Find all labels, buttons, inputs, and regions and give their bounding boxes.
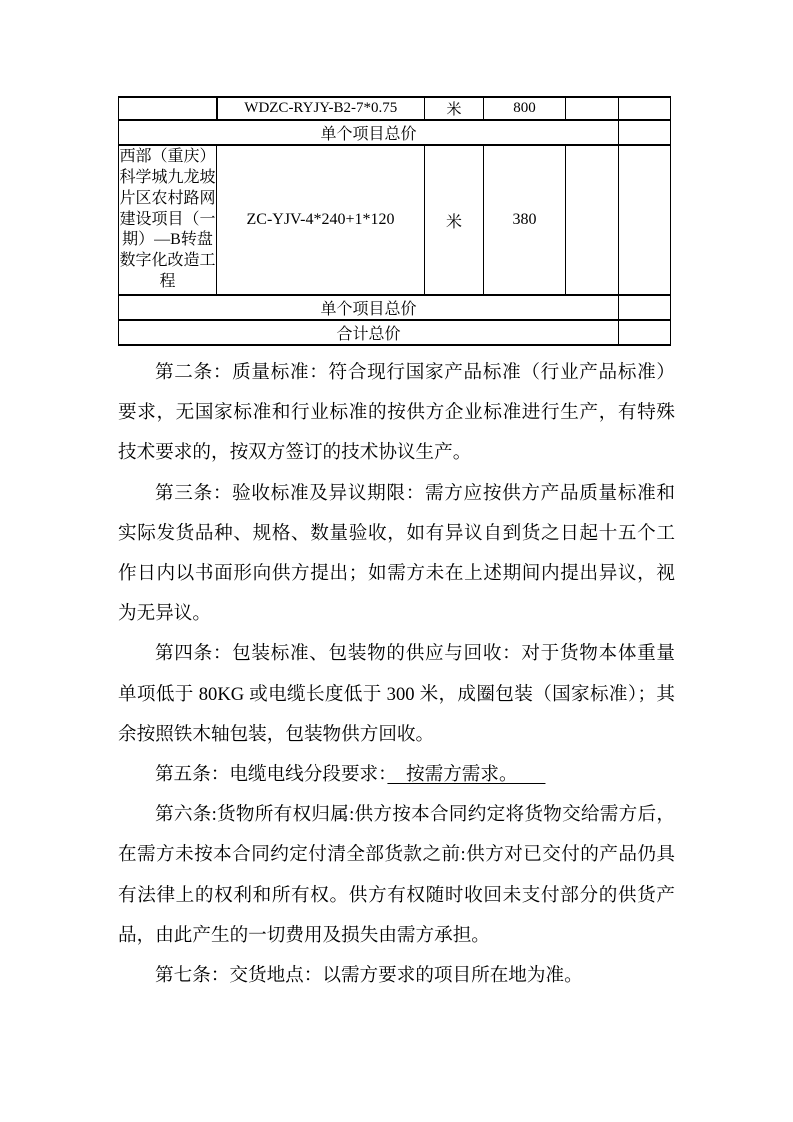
total-price-cell — [619, 97, 671, 120]
unit-cell: 米 — [425, 97, 484, 120]
table-row-item2: 西部（重庆）科学城九龙坡片区农村路网建设项目（一期）—B转盘数字化改造工程 ZC… — [119, 145, 671, 295]
table-row-grand-total: 合计总价 — [119, 320, 671, 345]
clause-6: 第六条:货物所有权归属:供方按本合同约定将货物交给需方后，在需方未按本合同约定付… — [118, 795, 675, 956]
clause-2: 第二条：质量标准：符合现行国家产品标准（行业产品标准）要求，无国家标准和行业标准… — [118, 353, 675, 474]
clause-3: 第三条：验收标准及异议期限：需方应按供方产品质量标准和实际发货品种、规格、数量验… — [118, 474, 675, 635]
clause-5-prefix: 第五条：电缆电线分段要求： — [155, 764, 387, 785]
subtotal-label-cell: 单个项目总价 — [119, 295, 619, 320]
clause-4: 第四条：包装标准、包装物的供应与回收：对于货物本体重量单项低于 80KG 或电缆… — [118, 634, 675, 755]
table-row-subtotal-2: 单个项目总价 — [119, 295, 671, 320]
clause-5: 第五条：电缆电线分段要求： 按需方需求。 — [118, 755, 675, 795]
clause-7: 第七条：交货地点：以需方要求的项目所在地为准。 — [118, 956, 675, 996]
unit-price-cell — [566, 97, 619, 120]
subtotal-value-cell — [619, 120, 671, 145]
subtotal-value-cell — [619, 295, 671, 320]
quantity-cell: 800 — [484, 97, 566, 120]
grand-total-value-cell — [619, 320, 671, 345]
table-row-subtotal-1: 单个项目总价 — [119, 120, 671, 145]
price-table: WDZC-RYJY-B2-7*0.75 米 800 单个项目总价 西部（重庆）科… — [118, 96, 671, 346]
subtotal-label-cell: 单个项目总价 — [119, 120, 619, 145]
total-price-cell — [619, 145, 671, 295]
contract-clauses: 第二条：质量标准：符合现行国家产品标准（行业产品标准）要求，无国家标准和行业标准… — [118, 353, 675, 996]
project-name-cell: 西部（重庆）科学城九龙坡片区农村路网建设项目（一期）—B转盘数字化改造工程 — [119, 145, 217, 295]
unit-price-cell — [566, 145, 619, 295]
unit-cell: 米 — [425, 145, 484, 295]
clause-5-underlined-value: 按需方需求。 — [387, 764, 545, 785]
continued-project-cell — [119, 97, 217, 120]
document-page: WDZC-RYJY-B2-7*0.75 米 800 单个项目总价 西部（重庆）科… — [0, 0, 793, 1122]
grand-total-label-cell: 合计总价 — [119, 320, 619, 345]
quantity-cell: 380 — [484, 145, 566, 295]
spec-cell: ZC-YJV-4*240+1*120 — [217, 145, 425, 295]
table-row-item1: WDZC-RYJY-B2-7*0.75 米 800 — [119, 97, 671, 120]
spec-cell: WDZC-RYJY-B2-7*0.75 — [217, 97, 425, 120]
